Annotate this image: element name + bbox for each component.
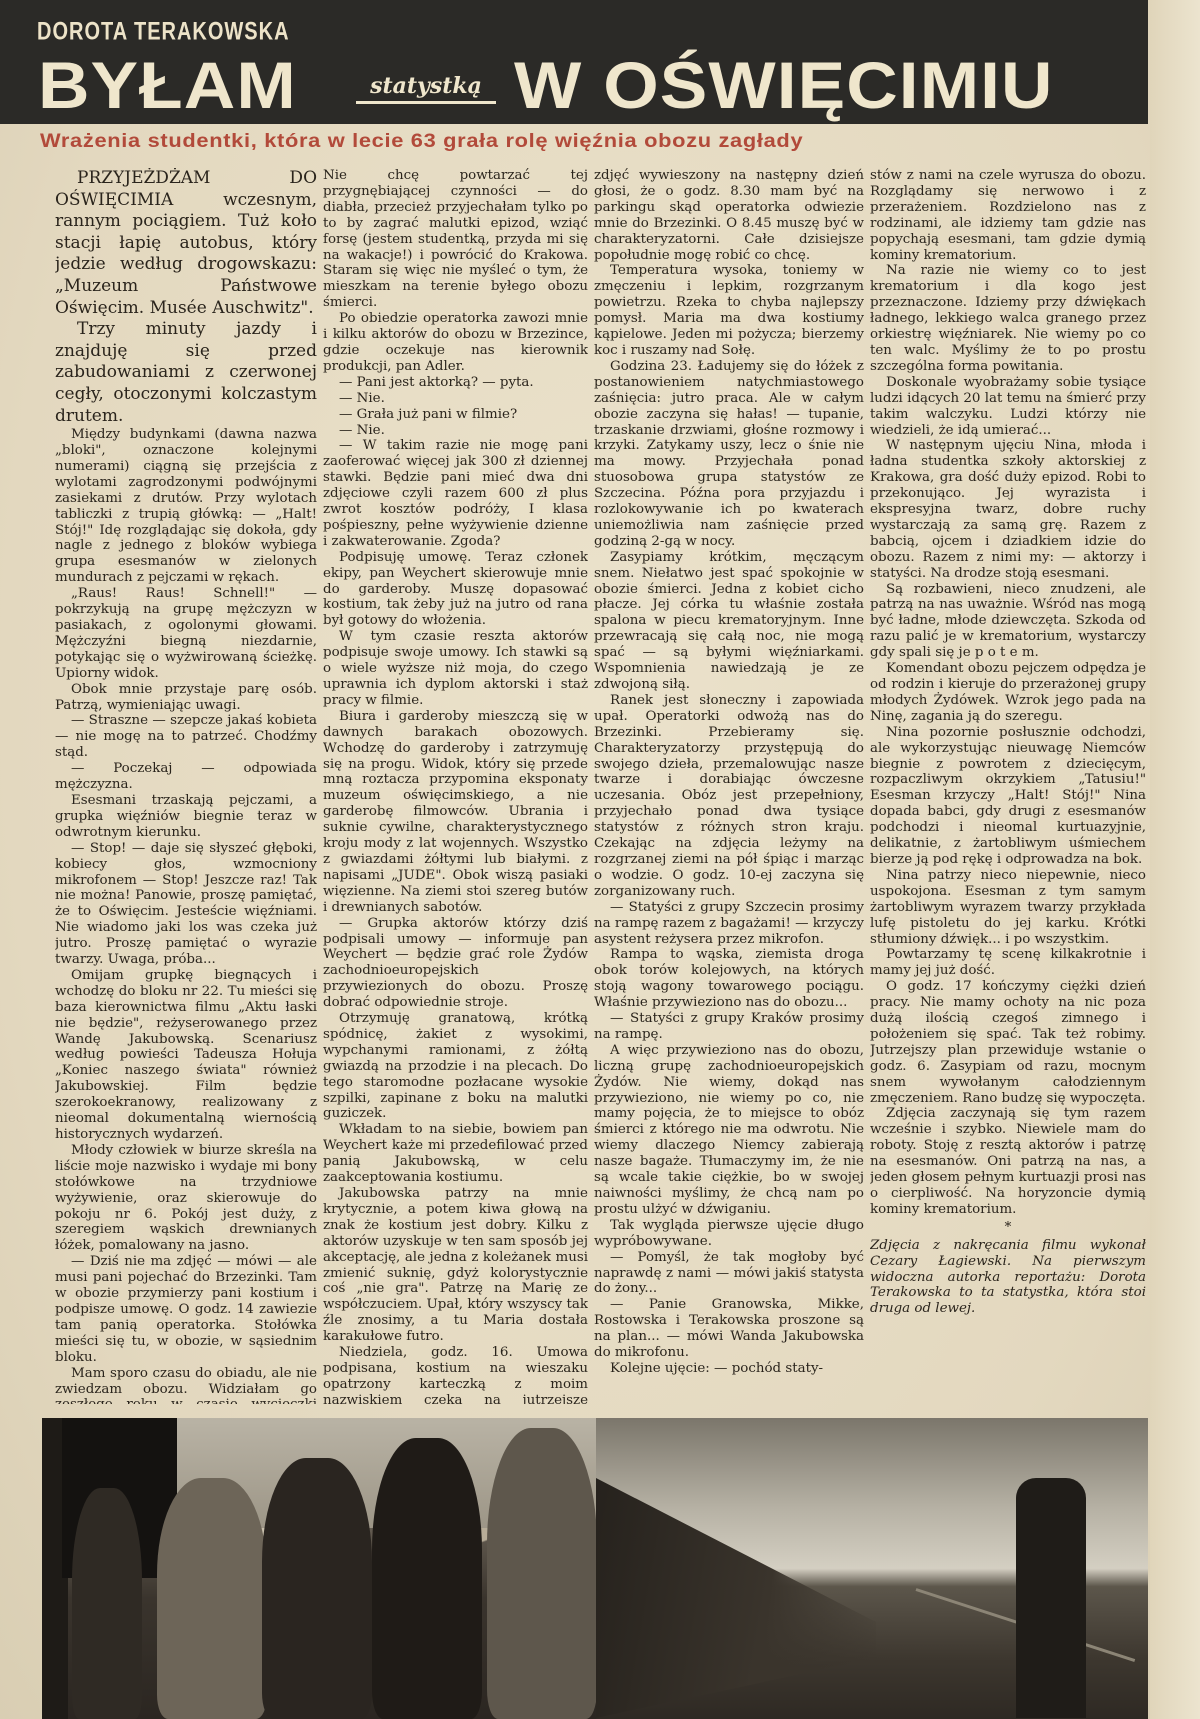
figure [262,1458,372,1719]
photo-actors-with-stars: Statyści w kostiumach z gwiazdami na pla… [42,1418,596,1719]
paragraph: Nie chcę powtarzać tej przygnębiającej c… [323,168,588,311]
line-of-prisoners [596,1478,876,1718]
headline-italic-word: statystką [356,73,496,104]
paragraph: Kolejne ujęcie: — pochód staty- [594,1361,864,1377]
paragraph: Zasypiamy krótkim, męczącym snem. Niełat… [594,550,864,693]
paragraph: — Statyści z grupy Szczecin prosimy na r… [594,900,864,948]
paragraph: Obok mnie przystaje parę osób. Patrzą, w… [55,682,317,714]
subheadline: Wrażenia studentki, która w lecie 63 gra… [40,130,1200,153]
headline: BYŁAM statystką W OŚWIĘCIMIU [38,48,1014,118]
film-camera-icon [1016,1478,1086,1718]
paragraph: Rampa to wąska, ziemista droga obok toró… [594,947,864,1011]
paragraph: Trzy minuty jazdy i znajduję się przed z… [55,319,317,427]
paragraph: — Stop! — daje się słyszeć głęboki, kobi… [55,841,317,968]
paragraph: Niedziela, godz. 16. Umowa podpisana, ko… [323,1345,588,1404]
paragraph: PRZYJEŻDŻAM DO OŚWIĘCIMIA wczesnym, rann… [55,168,317,319]
title-banner: DOROTA TERAKOWSKA BYŁAM statystką W OŚWI… [0,0,1148,124]
paragraph: Między budynkami (dawna nazwa „bloki", o… [55,427,317,586]
paragraph: Esesmani trzaskają pejczami, a grupka wi… [55,793,317,841]
photo-rail-ramp-with-camera: Szereg więźniów wzdłuż torów i kamera fi… [596,1418,1148,1719]
paragraph: Otrzymuję granatową, krótką spódnicę, ża… [323,1011,588,1122]
figure [372,1438,482,1719]
paragraph: — Straszne — szepcze jakaś kobieta — nie… [55,713,317,761]
paragraph: Jakubowska patrzy na mnie krytycznie, a … [323,1186,588,1345]
paragraph: Na razie nie wiemy co to jest krematoriu… [870,263,1146,374]
column-1: PRZYJEŻDŻAM DO OŚWIĘCIMIA wczesnym, rann… [55,168,317,1404]
paragraph: Nina patrzy nieco niepewnie, nieco uspok… [870,868,1146,948]
paragraph: Godzina 23. Ładujemy się do łóżek z post… [594,359,864,550]
column-4: stów z nami na czele wyrusza do obozu. R… [870,168,1146,1404]
headline-part1: BYŁAM [38,52,362,118]
figure [487,1428,596,1719]
paragraph: — Pani jest aktorką? — pyta. [323,375,588,391]
paragraph: — Dziś nie ma zdjęć — mówi — ale musi pa… [55,1254,317,1365]
paragraph: Są rozbawieni, nieco znudzeni, ale patrz… [870,582,1146,662]
paragraph: stów z nami na czele wyrusza do obozu. R… [870,168,1146,263]
paragraph: Komendant obozu pejczem odpędza je od ro… [870,661,1146,725]
paragraph: Doskonale wyobrażamy sobie tysiące ludzi… [870,375,1146,439]
section-separator: * [870,1220,1146,1236]
paragraph: Powtarzamy tę scenę kilkakrotnie i mamy … [870,947,1146,979]
paper-edge [1150,0,1200,1719]
paragraph: zdjęć wywieszony na następny dzień głosi… [594,168,864,263]
paragraph: — Statyści z grupy Kraków prosimy na ram… [594,1011,864,1043]
paragraph: Temperatura wysoka, toniemy w zmęczeniu … [594,263,864,358]
paragraph: Omijam grupkę biegnących i wchodzę do bl… [55,968,317,1143]
headline-part2: W OŚWIĘCIMIU [514,52,1054,118]
paragraph: Mam sporo czasu do obiadu, ale nie zwied… [55,1366,317,1404]
paragraph: Wkładam to na siebie, bowiem pan Weycher… [323,1122,588,1186]
author-name: DOROTA TERAKOWSKA [37,18,290,47]
paragraph: O godz. 17 kończymy ciężki dzień pracy. … [870,979,1146,1106]
paragraph: „Raus! Raus! Schnell!" — pokrzykują na g… [55,586,317,681]
paragraph: Młody człowiek w biurze skreśla na liści… [55,1143,317,1254]
paragraph: — Grupka aktorów którzy dziś podpisali u… [323,916,588,1011]
paragraph: W tym czasie reszta aktorów podpisuje sw… [323,629,588,709]
paragraph: Zdjęcia zaczynają się tym razem wcześnie… [870,1106,1146,1217]
paragraph: W następnym ujęciu Nina, młoda i ładna s… [870,438,1146,581]
paragraph: Nina pozornie posłusznie odchodzi, ale w… [870,725,1146,868]
paragraph: A więc przywieziono nas do obozu, liczną… [594,1043,864,1218]
photo-strip: Statyści w kostiumach z gwiazdami na pla… [42,1418,1148,1719]
paragraph: Po obiedzie operatorka zawozi mnie i kil… [323,311,588,375]
paragraph: — Poczekaj — odpowiada mężczyzna. [55,761,317,793]
photo-caption: Zdjęcia z nakręcania filmu wykonał Cezar… [870,1238,1146,1318]
figure [72,1488,142,1719]
paragraph: — Pomyśl, że tak mogłoby być naprawdę z … [594,1250,864,1298]
paragraph: Ranek jest słoneczny i zapowiada upał. O… [594,693,864,900]
figure-author [157,1478,267,1719]
paragraph: — Panie Granowska, Mikke, Rostowska i Te… [594,1297,864,1361]
paragraph: Podpisuję umowę. Teraz członek ekipy, pa… [323,550,588,630]
paragraph: Tak wygląda pierwsze ujęcie długo wyprób… [594,1218,864,1250]
article-body: PRZYJEŻDŻAM DO OŚWIĘCIMIA wczesnym, rann… [55,168,1145,1404]
column-3: zdjęć wywieszony na następny dzień głosi… [594,168,864,1404]
paragraph: — Grała już pani w filmie? [323,407,588,423]
magazine-page: DOROTA TERAKOWSKA BYŁAM statystką W OŚWI… [0,0,1200,1719]
paragraph: — Nie. [323,391,588,407]
column-2: Nie chcę powtarzać tej przygnębiającej c… [323,168,588,1404]
paragraph: — W takim razie nie mogę pani zaoferować… [323,438,588,549]
paragraph: Biura i garderoby mieszczą się w dawnych… [323,709,588,916]
paragraph: — Nie. [323,423,588,439]
